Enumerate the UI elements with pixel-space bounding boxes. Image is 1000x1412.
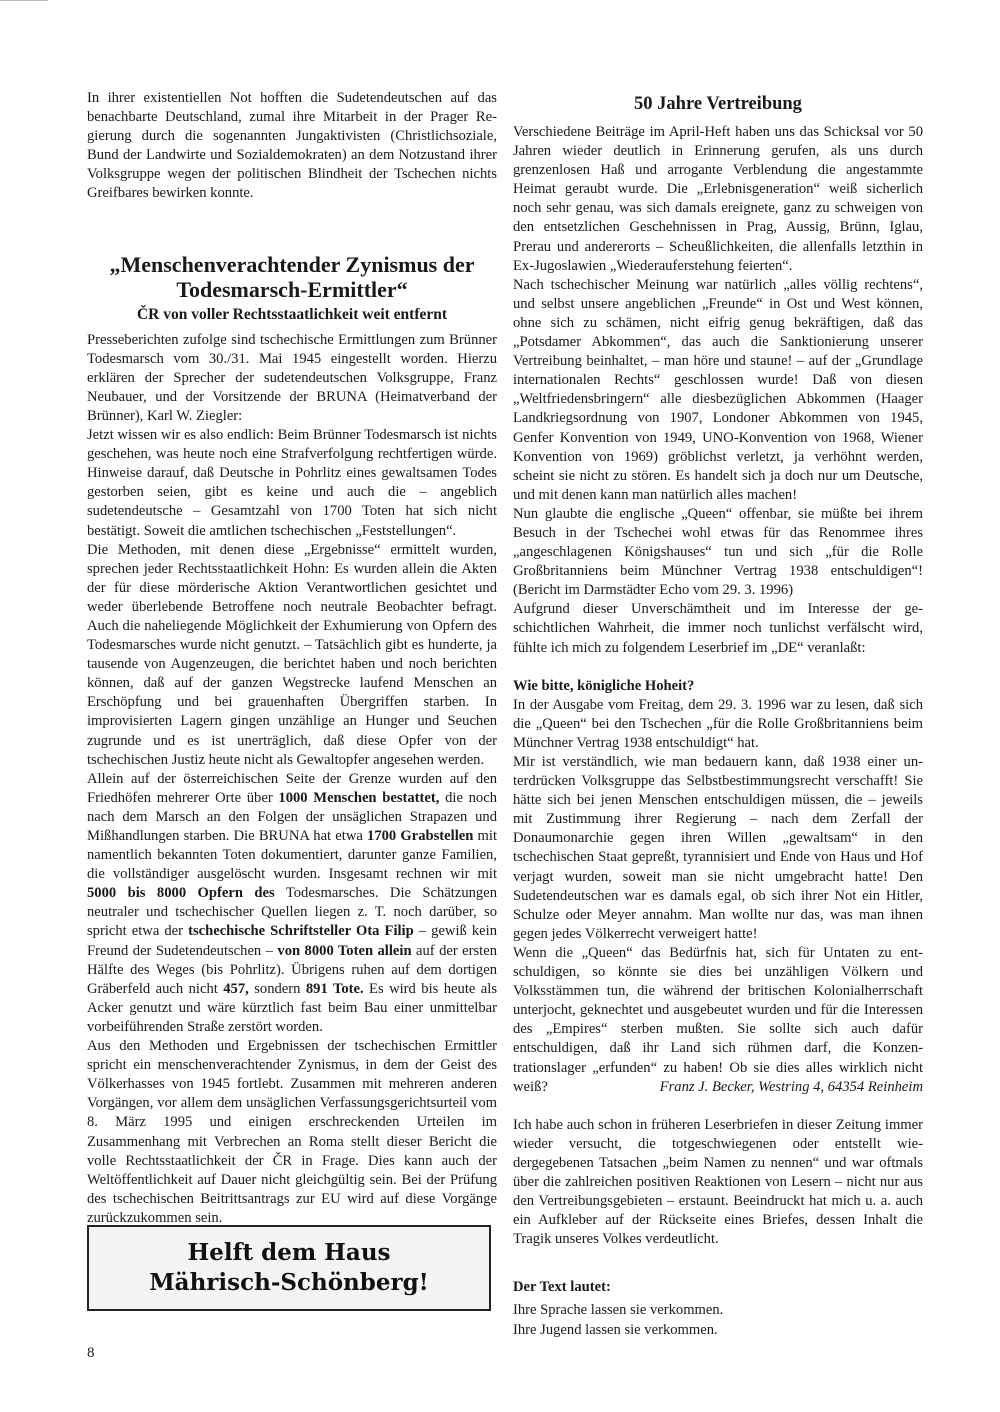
article-paragraph-3: Die Methoden, mit denen diese „Ergebniss… (87, 541, 497, 770)
section-paragraph-5: Ich habe auch schon in früheren Leserbri… (513, 1116, 923, 1250)
right-column: 50 Jahre Vertreibung Verschiedene Beiträ… (513, 89, 923, 1340)
headline-line-2: Todesmarsch-Ermittler“ (176, 277, 407, 302)
headline-line-1: „Menschenverachtender Zynismus der (109, 252, 474, 277)
sticker-text-label: Der Text lautet: (513, 1278, 923, 1297)
article-paragraph-1: Presseberichten zufolge sind tschechisch… (87, 331, 497, 426)
intro-paragraph: In ihrer existentiellen Not hofften die … (87, 89, 497, 204)
article-subheadline: ČR von voller Rechtsstaatlichkeit weit e… (87, 305, 497, 325)
text-run: sondern (249, 981, 306, 997)
article-paragraph-5: Aus den Methoden und Ergebnissen der tsc… (87, 1037, 497, 1228)
letter-paragraph-1: In der Ausgabe vom Freitag, dem 29. 3. 1… (513, 696, 923, 753)
bold-run: tschechische Schriftsteller Ota Filip (188, 923, 414, 939)
section-paragraph-2: Nach tschechischer Meinung war natürlich… (513, 276, 923, 505)
appeal-line-1: Helft dem Haus (188, 1238, 391, 1268)
sticker-quote-line-1: Ihre Sprache lassen sie verkommen. (513, 1301, 923, 1320)
section-paragraph-3: Nun glaubte die englische „Queen“ offenb… (513, 505, 923, 600)
bold-run: 457, (223, 981, 249, 997)
left-column: In ihrer existentiellen Not hofften die … (87, 89, 497, 1228)
bold-run: 5000 bis 8000 Opfern des (87, 885, 275, 901)
bold-run: 1000 Menschen bestattet, (278, 790, 439, 806)
letter-paragraph-3: Wenn die „Queen“ das Bedürfnis hat, sich… (513, 944, 923, 1097)
scan-corner-mark (0, 0, 48, 1)
sticker-quote-line-2: Ihre Jugend lassen sie verkommen. (513, 1321, 923, 1340)
section-paragraph-4: Aufgrund dieser Unverschämtheit und im I… (513, 600, 923, 657)
article-headline: „Menschenverachtender Zynismus der Todes… (87, 252, 497, 302)
letter-signature: Franz J. Becker, Westring 4, 64354 Reinh… (660, 1078, 923, 1097)
article-paragraph-4: Allein auf der österreichischen Seite de… (87, 770, 497, 1037)
spacer (513, 1249, 923, 1268)
letter-title: Wie bitte, königliche Hoheit? (513, 677, 923, 696)
page-number: 8 (87, 1345, 95, 1362)
bold-run: 891 Tote. (306, 981, 364, 997)
section-title: 50 Jahre Vertreibung (513, 93, 923, 115)
section-paragraph-1: Verschiedene Beiträge im April-Heft habe… (513, 123, 923, 276)
article-paragraph-2: Jetzt wissen wir es also endlich: Beim B… (87, 426, 497, 541)
letter-paragraph-2: Mir ist verständlich, wie man bedauern k… (513, 753, 923, 944)
appeal-box: Helft dem Haus Mährisch-Schönberg! (87, 1225, 491, 1311)
bold-run: von 8000 Toten allein (277, 943, 411, 959)
spacer (513, 1097, 923, 1116)
appeal-line-2: Mährisch-Schönberg! (149, 1268, 429, 1298)
letter-text: Wenn die „Queen“ das Bedürfnis hat, sich… (513, 945, 923, 1095)
bold-run: 1700 Grab­stellen (367, 828, 473, 844)
